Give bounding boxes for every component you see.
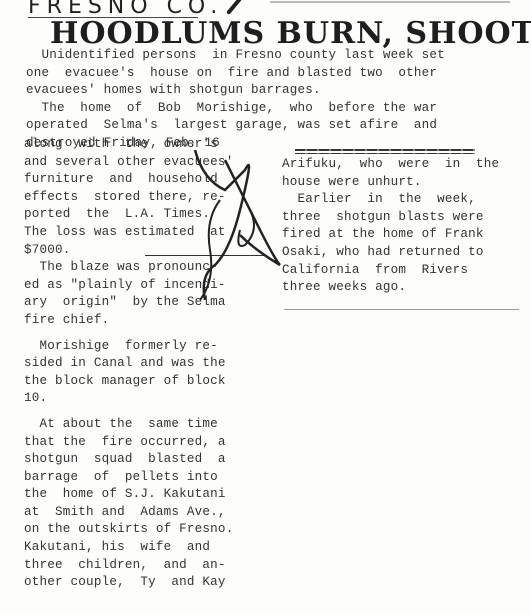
text-line: three children, and an- xyxy=(24,557,264,575)
text-line xyxy=(24,408,264,416)
text-line xyxy=(24,330,264,338)
text-line: three shotgun blasts were xyxy=(282,209,518,227)
right-column: Arifuku, who were in thehouse were unhur… xyxy=(282,156,518,297)
text-line: shotgun squad blasted a xyxy=(24,451,264,469)
top-rule xyxy=(270,1,510,3)
text-line: house were unhurt. xyxy=(282,174,518,192)
newspaper-clipping: FRESNO CO. HOODLUMS BURN, SHOOT Unidenti… xyxy=(0,0,531,615)
text-line: the block manager of block xyxy=(24,373,264,391)
text-line: other couple, Ty and Kay xyxy=(24,574,264,592)
end-rule xyxy=(284,309,519,310)
text-line: sided in Canal and was the xyxy=(24,355,264,373)
text-line: one evacuee's house on fire and blasted … xyxy=(26,65,516,83)
text-line: Osaki, who had returned to xyxy=(282,244,518,262)
text-line: At about the same time xyxy=(24,416,264,434)
text-line: Earlier in the week, xyxy=(282,191,518,209)
text-line: the home of S.J. Kakutani xyxy=(24,486,264,504)
handwritten-signature-icon xyxy=(185,150,295,300)
text-line: Morishige formerly re- xyxy=(24,338,264,356)
text-line: on the outskirts of Fresno. xyxy=(24,521,264,539)
text-line: evacuees' homes with shotgun barrages. xyxy=(26,82,516,100)
text-line: barrage of pellets into xyxy=(24,469,264,487)
text-line: that the fire occurred, a xyxy=(24,434,264,452)
text-line: California from Rivers xyxy=(282,262,518,280)
headline: HOODLUMS BURN, SHOOT xyxy=(50,16,531,51)
section-rule xyxy=(295,149,475,151)
text-line: 10. xyxy=(24,390,264,408)
section-rule xyxy=(295,153,475,154)
text-line: three weeks ago. xyxy=(282,279,518,297)
text-line: The home of Bob Morishige, who before th… xyxy=(26,100,516,118)
text-line: Kakutani, his wife and xyxy=(24,539,264,557)
pen-stroke-icon xyxy=(226,0,242,15)
text-line: at Smith and Adams Ave., xyxy=(24,504,264,522)
text-line: Unidentified persons in Fresno county la… xyxy=(26,47,516,65)
text-line: fire chief. xyxy=(24,312,264,330)
text-line: operated Selma's largest garage, was set… xyxy=(26,117,516,135)
text-line: fired at the home of Frank xyxy=(282,226,518,244)
text-line: Arifuku, who were in the xyxy=(282,156,518,174)
